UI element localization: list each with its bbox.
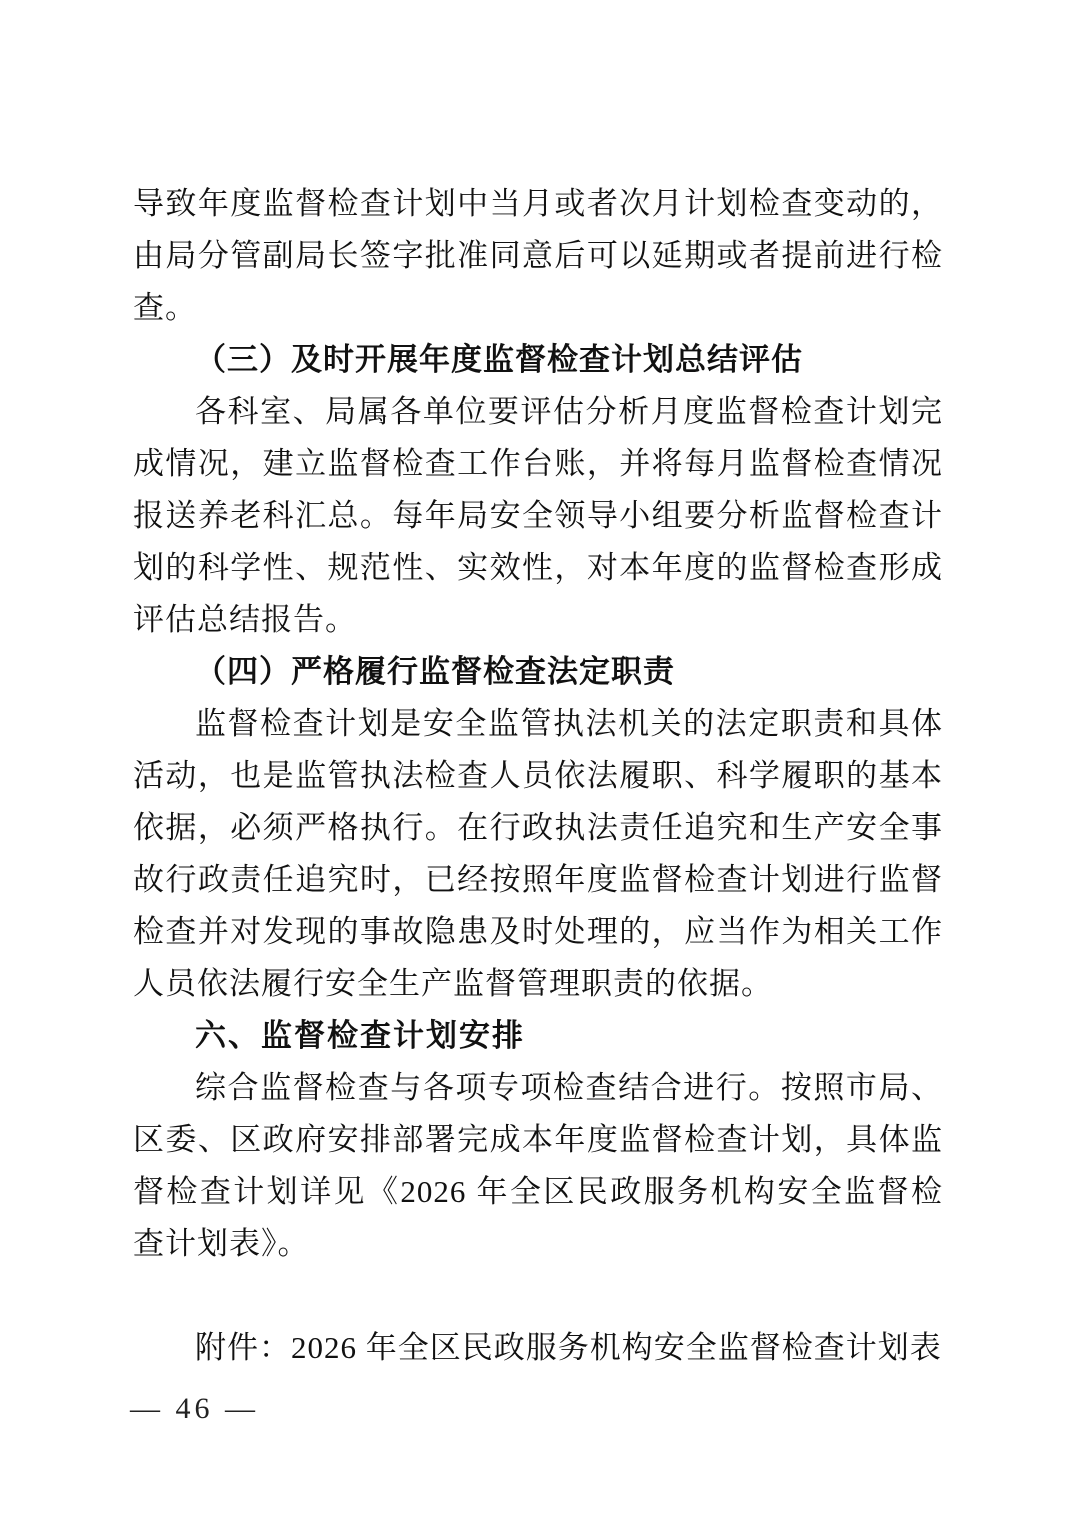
document-body: 导致年度监督检查计划中当月或者次月计划检查变动的，由局分管副局长签字批准同意后可… [133, 178, 943, 1374]
paragraph-continuation: 导致年度监督检查计划中当月或者次月计划检查变动的，由局分管副局长签字批准同意后可… [133, 178, 943, 334]
paragraph-plan-arrangement: 综合监督检查与各项专项检查结合进行。按照市局、区委、区政府安排部署完成本年度监督… [133, 1062, 943, 1270]
sub-heading-section-4: （四）严格履行监督检查法定职责 [133, 646, 943, 698]
sub-heading-section-3: （三）及时开展年度监督检查计划总结评估 [133, 334, 943, 386]
document-page: 导致年度监督检查计划中当月或者次月计划检查变动的，由局分管副局长签字批准同意后可… [0, 0, 1074, 1520]
paragraph-legal-duty: 监督检查计划是安全监管执法机关的法定职责和具体活动，也是监管执法检查人员依法履职… [133, 698, 943, 1010]
attachment-reference-line: 附件：2026 年全区民政服务机构安全监督检查计划表 [133, 1322, 943, 1374]
page-number: — 46 — [130, 1392, 259, 1426]
section-heading-6: 六、监督检查计划安排 [133, 1010, 943, 1062]
paragraph-evaluation: 各科室、局属各单位要评估分析月度监督检查计划完成情况，建立监督检查工作台账，并将… [133, 386, 943, 646]
